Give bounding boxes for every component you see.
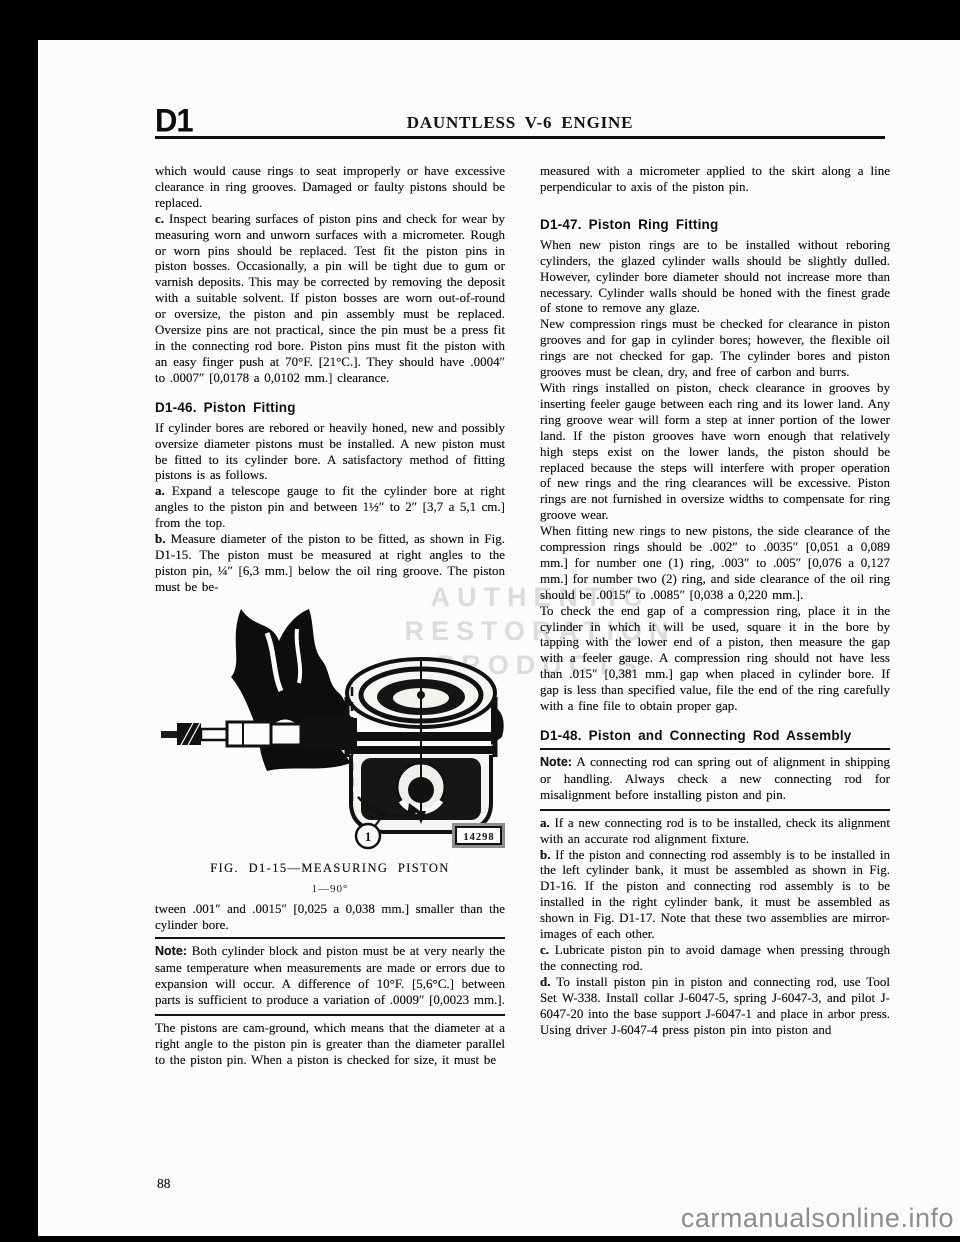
photo-ref-box: 14298	[452, 823, 505, 848]
paragraph-ring-fitting-2: New compression rings must be checked fo…	[540, 316, 890, 380]
step-lead: c.	[155, 211, 164, 226]
step-lead: b.	[155, 531, 165, 546]
site-watermark: carmanualsonline.info	[681, 1203, 954, 1234]
step-lead: a.	[540, 815, 550, 830]
left-column: which would cause rings to seat improper…	[155, 163, 505, 1068]
heading-d1-46: D1-46. Piston Fitting	[155, 400, 505, 415]
paragraph-piston-fitting: If cylinder bores are rebored or heavily…	[155, 420, 505, 484]
step-lead: a.	[155, 483, 165, 498]
paragraph-ring-fitting-3: With rings installed on piston, check cl…	[540, 380, 890, 523]
piston-side-lug	[491, 705, 504, 745]
note-lead: Note:	[540, 755, 572, 769]
right-column: measured with a micrometer applied to th…	[540, 163, 890, 1037]
step-b-measure-diameter: b. Measure diameter of the piston to be …	[155, 531, 505, 595]
note-block-rod-alignment: Note: A connecting rod can spring out of…	[540, 748, 890, 811]
page-header: D1 DAUNTLESS V-6 ENGINE	[155, 96, 885, 139]
piston-body	[347, 659, 504, 832]
step-lead: b.	[540, 847, 550, 862]
paragraph-end-gap: To check the end gap of a compression ri…	[540, 603, 890, 714]
figure-legend: 1—90°	[155, 883, 505, 895]
paragraph-ring-clearances: When fitting new rings to new pistons, t…	[540, 523, 890, 603]
step-d-install-pin: d. To install piston pin in piston and c…	[540, 974, 890, 1038]
step-c-inspect-pins: c. Inspect bearing surfaces of piston pi…	[155, 211, 505, 386]
heading-d1-48: D1-48. Piston and Connecting Rod Assembl…	[540, 728, 890, 743]
page-title: DAUNTLESS V-6 ENGINE	[155, 113, 885, 133]
paragraph-continuation: which would cause rings to seat improper…	[155, 163, 505, 211]
micrometer-shaft	[161, 718, 357, 750]
step-b-bank-assembly: b. If the piston and connecting rod asse…	[540, 847, 890, 942]
note-block-temperature: Note: Both cylinder block and piston mus…	[155, 937, 505, 1016]
paragraph-skirt-measure: measured with a micrometer applied to th…	[540, 163, 890, 195]
page-number: 88	[157, 1176, 171, 1192]
step-a-telescope-gauge: a. Expand a telescope gauge to fit the c…	[155, 483, 505, 531]
paragraph-ring-fitting-1: When new piston rings are to be installe…	[540, 237, 890, 317]
heading-d1-47: D1-47. Piston Ring Fitting	[540, 217, 890, 232]
scanned-manual-page: { "page": { "section_code": "D1", "title…	[0, 0, 960, 1242]
step-lead: c.	[540, 942, 549, 957]
measuring-piston-illustration: 1 14298	[155, 605, 505, 850]
svg-text:1: 1	[365, 829, 372, 844]
paragraph-continuation-2: tween .001″ and .0015″ [0,025 a 0,038 mm…	[155, 901, 505, 933]
figure-caption: FIG. D1-15—MEASURING PISTON	[155, 861, 505, 876]
manual-page: AUTHENTIC RESTORATION PRODUCTS D1 DAUNTL…	[38, 40, 960, 1236]
step-lead: d.	[540, 974, 550, 989]
measuring-piston-figure: 1 14298 FIG. D1-15—MEASURING PISTON 1—90…	[155, 605, 505, 895]
paragraph-cam-ground: The pistons are cam-ground, which means …	[155, 1020, 505, 1068]
svg-text:14298: 14298	[463, 832, 494, 843]
step-c-lubricate-pin: c. Lubricate piston pin to avoid damage …	[540, 942, 890, 974]
note-lead: Note:	[155, 944, 187, 958]
callout-1: 1	[356, 824, 380, 848]
step-a-rod-alignment: a. If a new connecting rod is to be inst…	[540, 815, 890, 847]
